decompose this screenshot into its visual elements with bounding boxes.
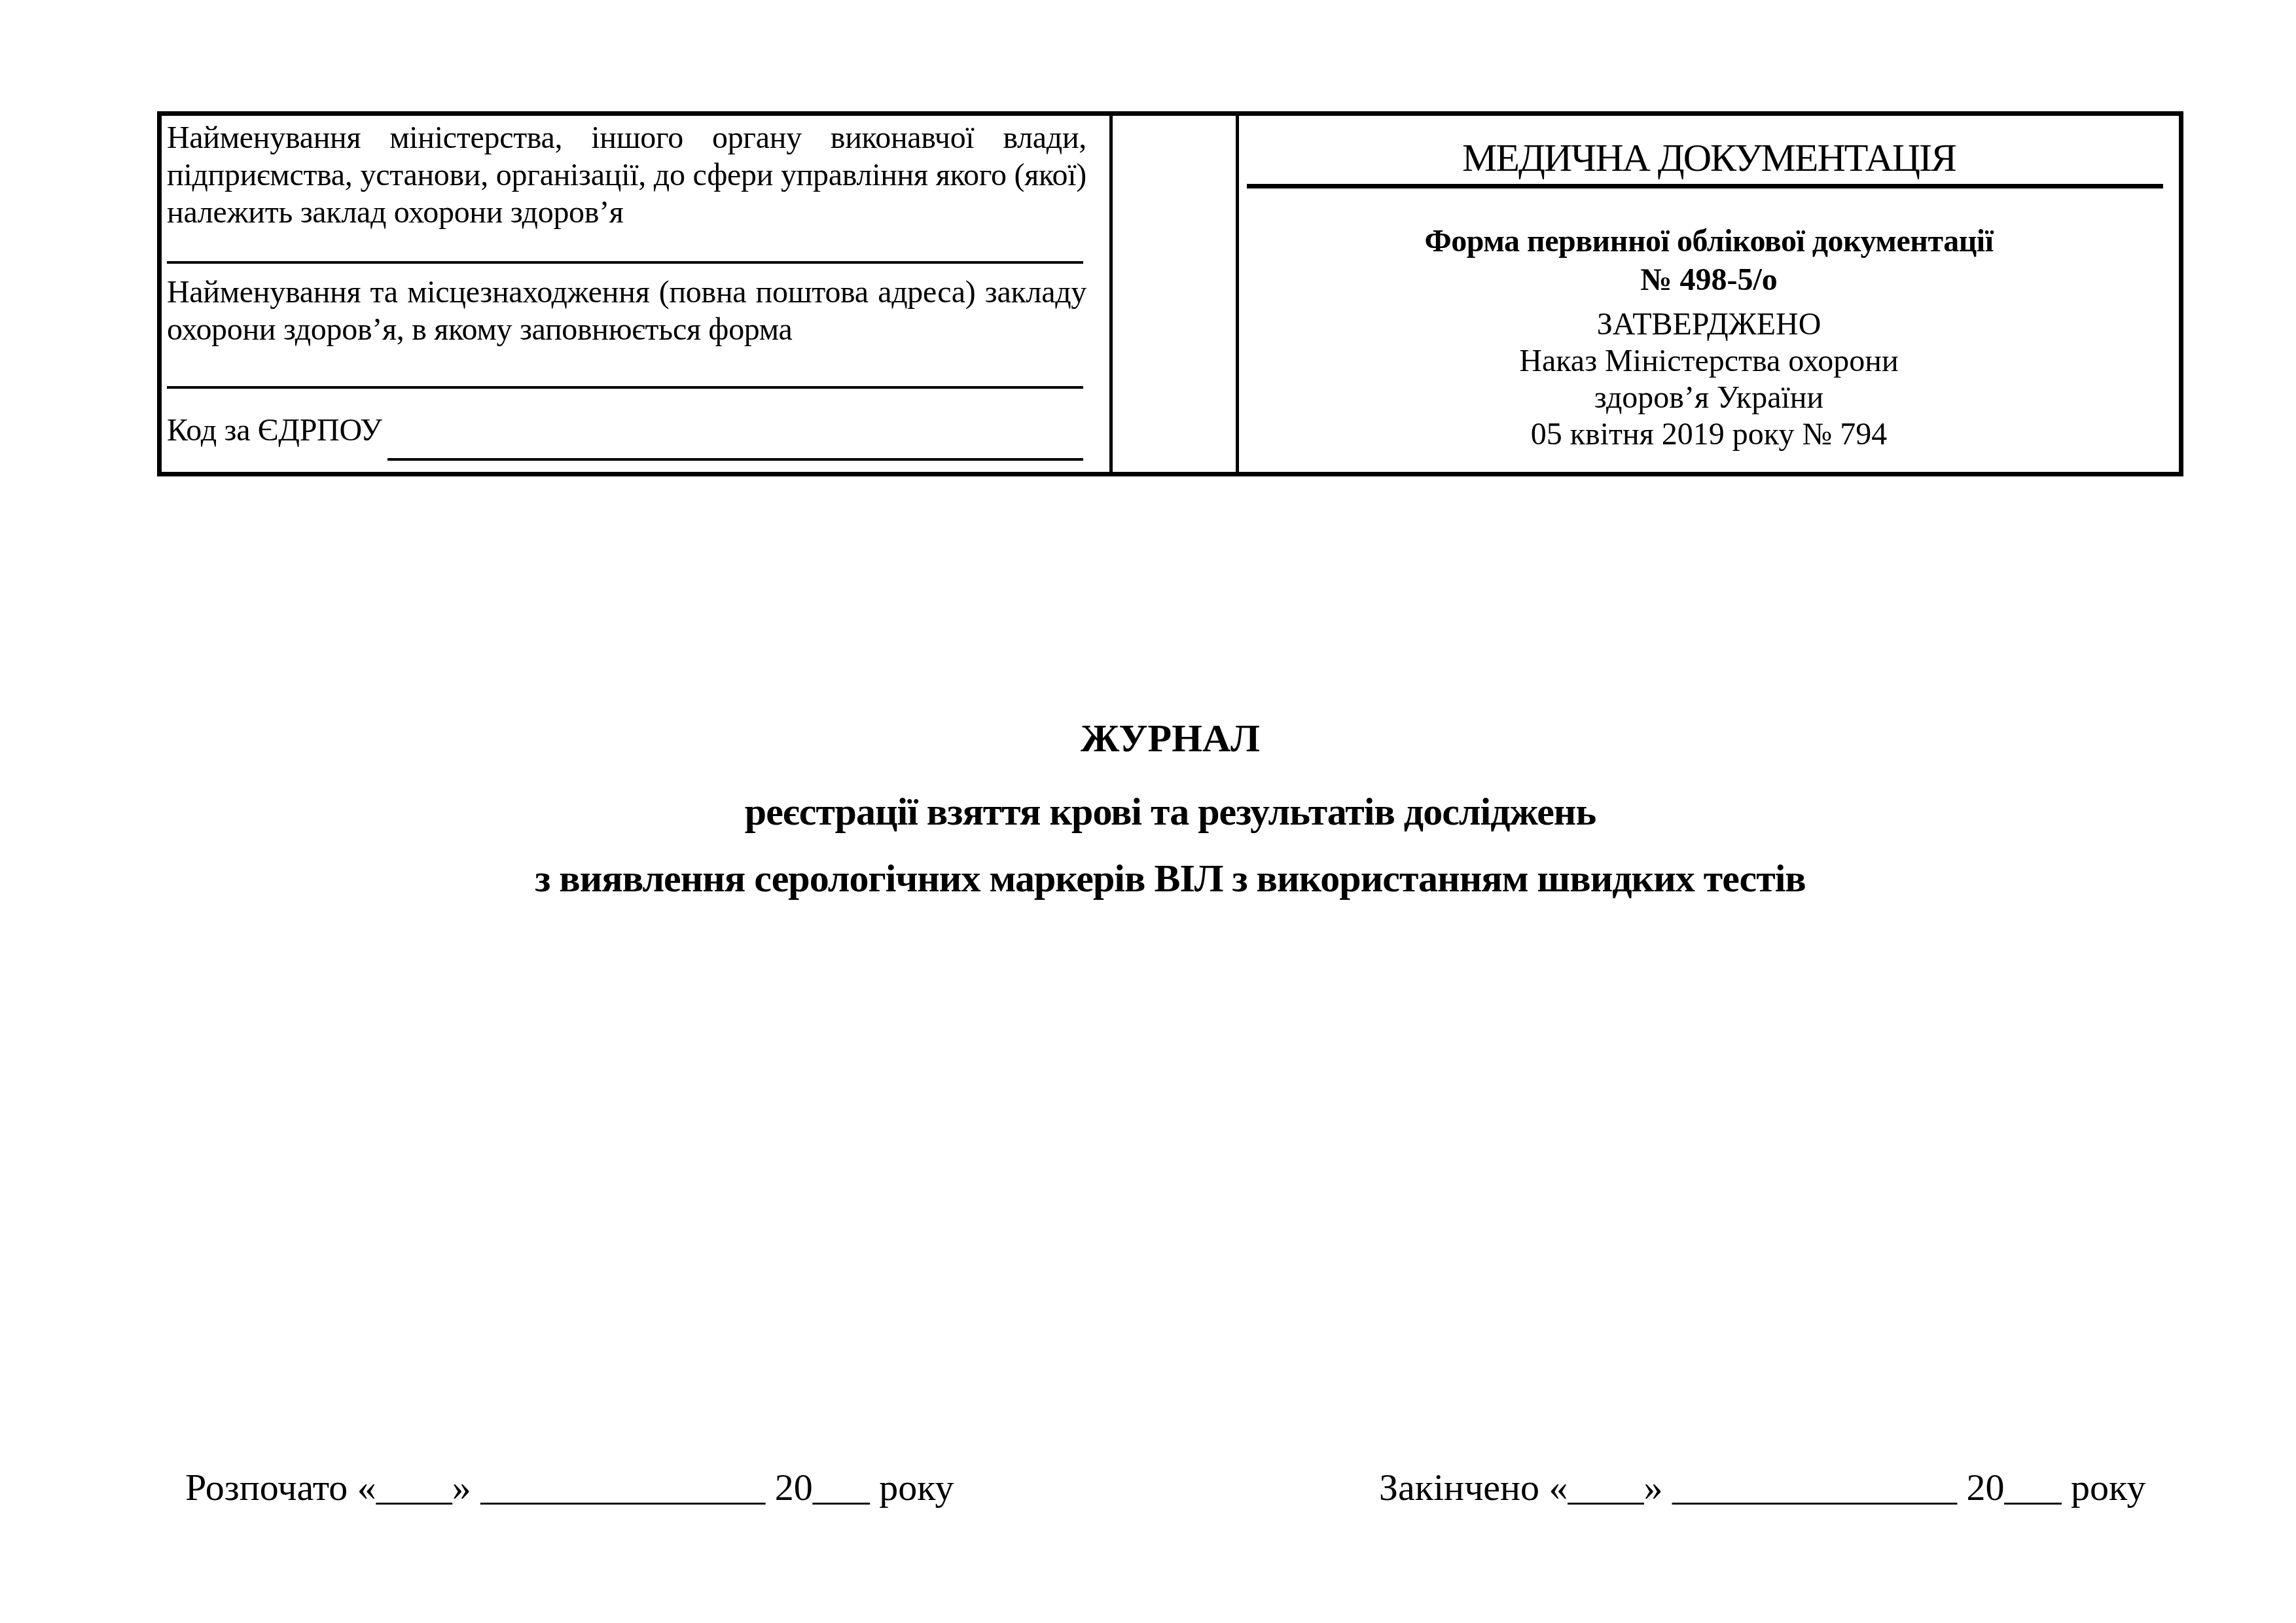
ministry-name-fill-line [167, 261, 1083, 264]
journal-title-line-3: з виявлення серологічних маркерів ВІЛ з … [157, 859, 2183, 898]
edrpou-code-fill-line [387, 458, 1083, 461]
started-date-line: Розпочато «____» _______________ 20___ р… [185, 1469, 954, 1507]
medical-documentation-heading: МЕДИЧНА ДОКУМЕНТАЦІЯ [1239, 138, 2179, 177]
header-middle-cell [1113, 116, 1239, 472]
approval-order-line-1: Наказ Міністерства охорони [1239, 346, 2179, 377]
primary-record-form-label: Форма первинної облікової документації [1239, 226, 2179, 257]
facility-name-address-label: Найменування та місцезнаходження (повна … [167, 274, 1086, 348]
header-left-cell: Найменування міністерства, іншого органу… [162, 116, 1113, 472]
journal-title-line-1: ЖУРНАЛ [157, 719, 2183, 758]
form-number: № 498-5/о [1239, 264, 2179, 296]
ministry-name-label: Найменування міністерства, іншого органу… [167, 119, 1086, 231]
approval-order-line-2: здоров’я України [1239, 382, 2179, 414]
header-right-cell: МЕДИЧНА ДОКУМЕНТАЦІЯ Форма первинної обл… [1239, 116, 2179, 472]
journal-title-line-2: реєстрації взяття крові та результатів д… [157, 792, 2183, 831]
form-498-5o-title-page: Найменування міністерства, іншого органу… [0, 0, 2296, 1623]
heading-divider-rule [1247, 184, 2163, 188]
approved-label: ЗАТВЕРДЖЕНО [1239, 309, 2179, 340]
finished-date-line: Закінчено «____» _______________ 20___ р… [1379, 1469, 2145, 1507]
header-table: Найменування міністерства, іншого органу… [157, 111, 2183, 476]
facility-name-fill-line [167, 386, 1083, 389]
edrpou-code-label: Код за ЄДРПОУ [167, 415, 382, 446]
approval-order-line-3: 05 квітня 2019 року № 794 [1239, 419, 2179, 450]
